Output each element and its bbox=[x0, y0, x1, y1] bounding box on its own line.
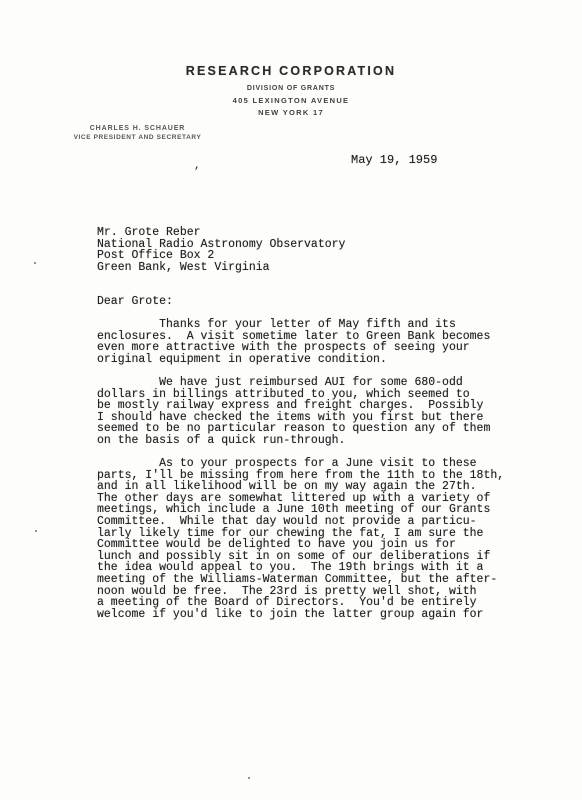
letterhead-street-address: 405 LEXINGTON AVENUE bbox=[0, 96, 582, 105]
letterhead-company-name: RESEARCH CORPORATION bbox=[0, 64, 582, 78]
letter-date: May 19, 1959 bbox=[351, 153, 437, 167]
letterhead-officer-block: CHARLES H. SCHAUER VICE PRESIDENT AND SE… bbox=[40, 125, 235, 141]
letterhead-city: NEW YORK 17 bbox=[0, 108, 582, 117]
paragraph-3: As to your prospects for a June visit to… bbox=[97, 458, 504, 620]
scan-artifact-speck bbox=[34, 262, 36, 264]
letterhead-division: DIVISION OF GRANTS bbox=[0, 85, 582, 92]
scan-artifact-speck bbox=[35, 530, 37, 532]
paragraph-2: We have just reimbursed AUI for some 680… bbox=[97, 377, 504, 447]
salutation: Dear Grote: bbox=[97, 296, 504, 308]
recipient-address-block: Mr. Grote Reber National Radio Astronomy… bbox=[97, 227, 504, 273]
scan-artifact-speck bbox=[248, 777, 250, 779]
letter-body: Mr. Grote Reber National Radio Astronomy… bbox=[97, 227, 504, 632]
paragraph-1: Thanks for your letter of May fifth and … bbox=[97, 319, 504, 365]
scan-artifact-comma: , bbox=[194, 160, 201, 172]
officer-title: VICE PRESIDENT AND SECRETARY bbox=[40, 134, 235, 141]
officer-name: CHARLES H. SCHAUER bbox=[40, 125, 235, 132]
scanned-letter-page: RESEARCH CORPORATION DIVISION OF GRANTS … bbox=[0, 0, 582, 800]
